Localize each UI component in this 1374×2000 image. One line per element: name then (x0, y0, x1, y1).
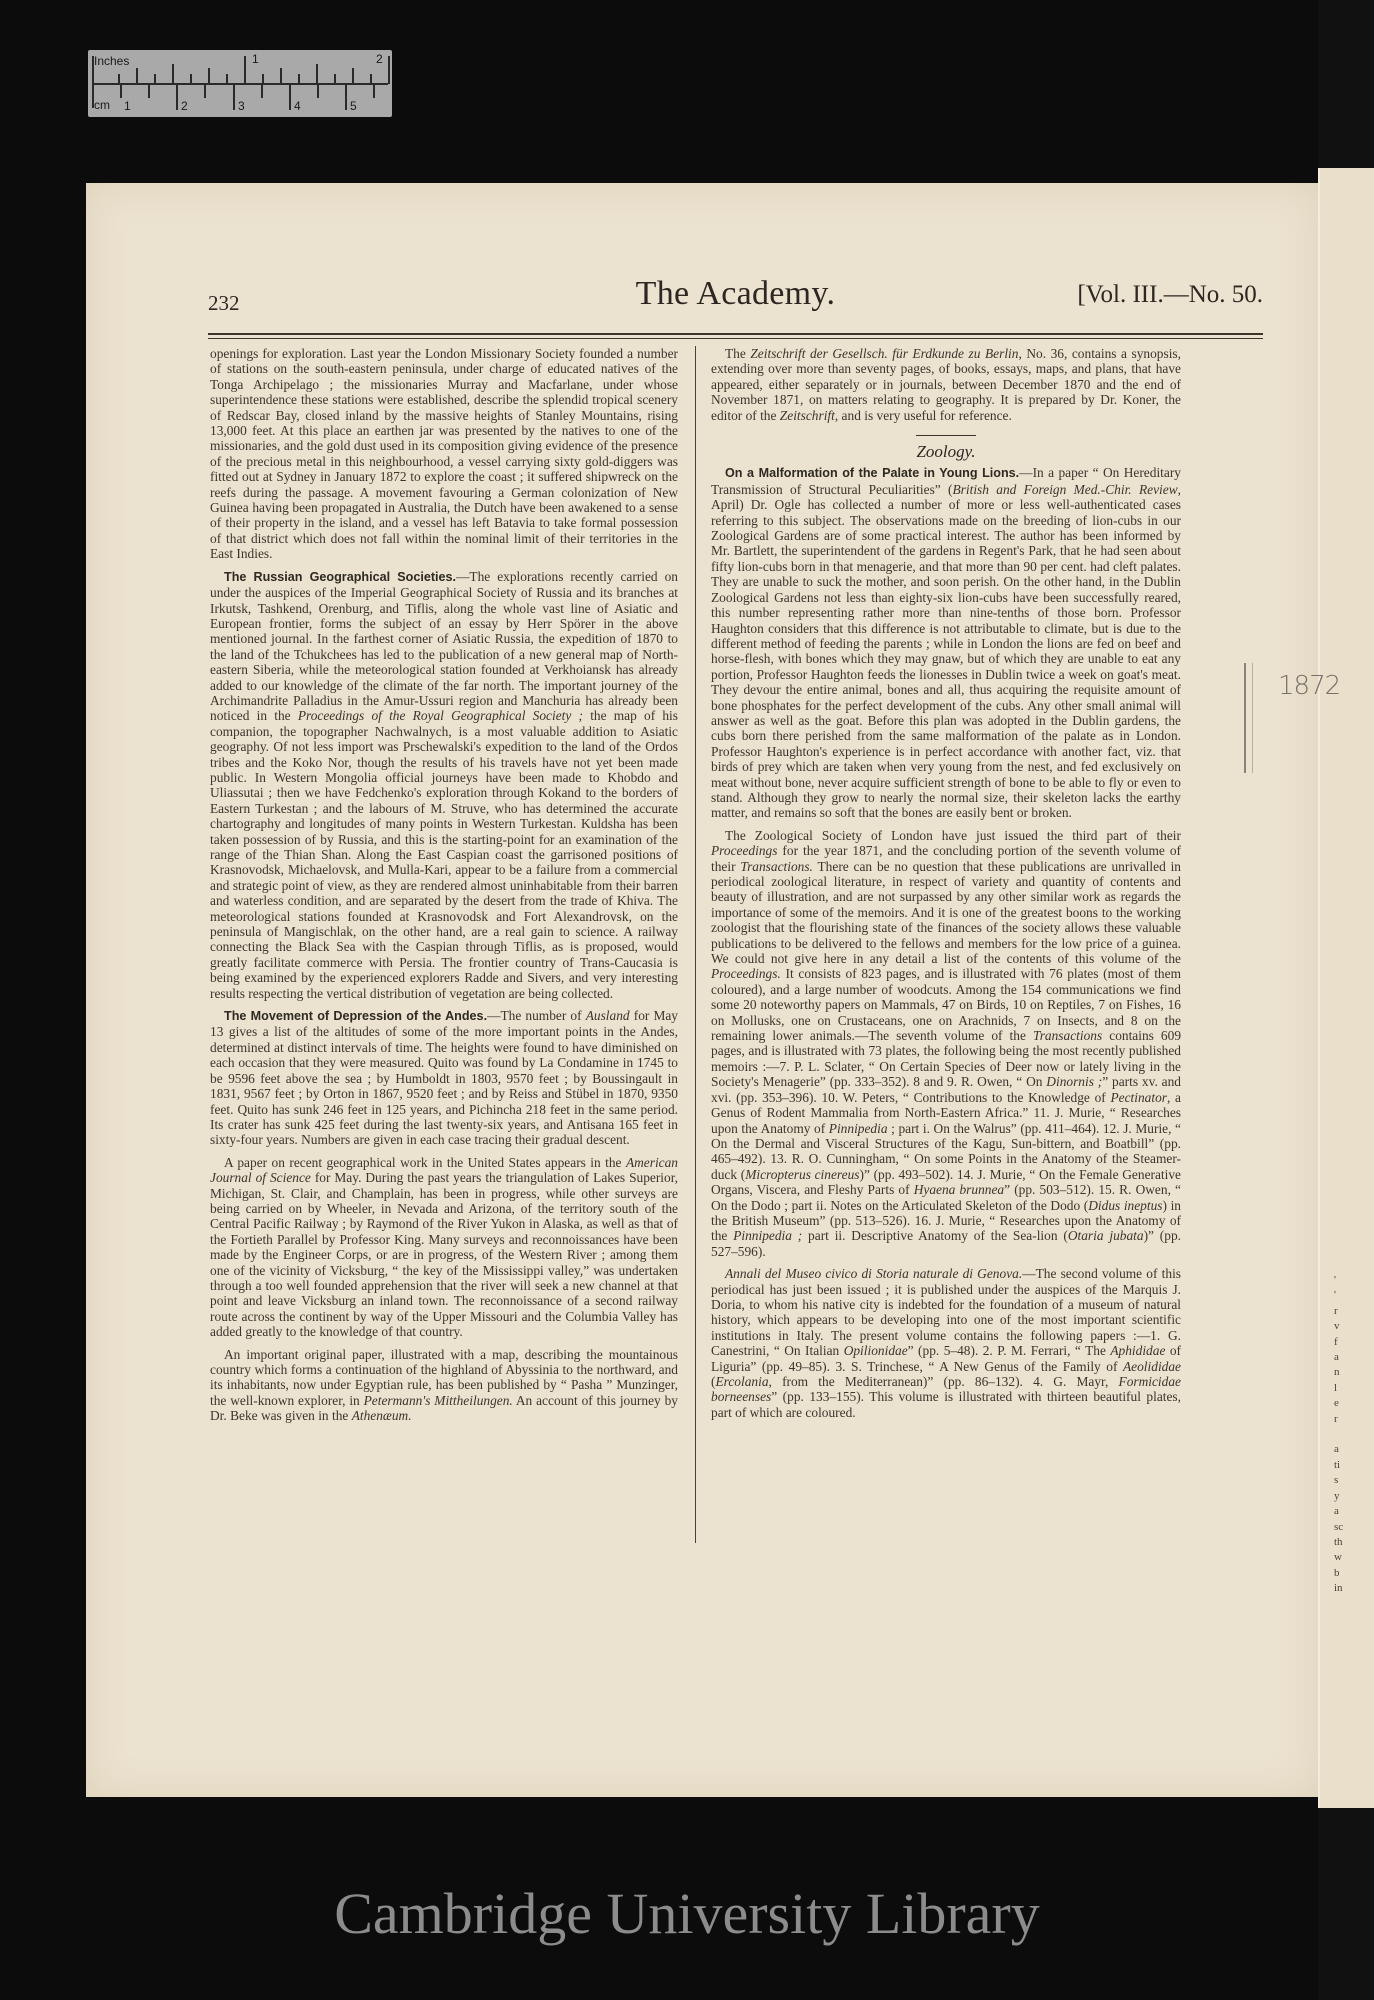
paragraph-lions: On a Malformation of the Palate in Young… (711, 465, 1181, 820)
header-rule (208, 338, 1263, 339)
section-heading: On a Malformation of the Palate in Young… (725, 466, 1019, 480)
section-heading: The Movement of Depression of the Andes. (224, 1009, 487, 1023)
ruler-cm-mark: 1 (124, 99, 131, 113)
page-header: 232 The Academy. [Vol. III.—No. 50. (208, 275, 1263, 325)
paragraph-zeitschrift: The Zeitschrift der Gesellsch. für Erdku… (711, 346, 1181, 423)
volume-label: [Vol. III.—No. 50. (1077, 281, 1263, 309)
paragraph-abyssinia: An important original paper, illustrated… (210, 1347, 678, 1424)
ruler-inches-label: Inches (94, 54, 129, 68)
section-heading: The Russian Geographical Societies. (224, 570, 456, 584)
adjacent-page-text-fragment: ' ' r v f a n l e r a ti s y a sc th w b… (1334, 1273, 1343, 1597)
paragraph-andes: The Movement of Depression of the Andes.… (210, 1008, 678, 1148)
ruler-inch-mark: 1 (252, 52, 259, 66)
ruler-cm-mark: 5 (350, 99, 357, 113)
paragraph: openings for exploration. Last year the … (210, 346, 678, 562)
paragraph-genova: Annali del Museo civico di Storia natura… (711, 1266, 1181, 1420)
ruler-inch-mark: 2 (376, 52, 383, 66)
scale-ruler: Inches cm 1 2 1 2 3 4 5 (88, 50, 392, 117)
paragraph-united-states: A paper on recent geographical work in t… (210, 1155, 678, 1340)
paragraph-russian-societies: The Russian Geographical Societies.—The … (210, 569, 678, 1001)
ruler-cm-mark: 2 (181, 99, 188, 113)
adjacent-page: ' ' r v f a n l e r a ti s y a sc th w b… (1318, 168, 1374, 1808)
right-column: The Zeitschrift der Gesellsch. für Erdku… (711, 346, 1181, 1427)
paragraph-zoological-society: The Zoological Society of London have ju… (711, 828, 1181, 1259)
header-rule (208, 333, 1263, 335)
ruler-cm-mark: 3 (238, 99, 245, 113)
pencil-margin-mark (1244, 663, 1253, 773)
library-watermark: Cambridge University Library (0, 1880, 1374, 1947)
section-divider (916, 435, 976, 436)
section-title-zoology: Zoology. (711, 444, 1181, 459)
left-column: openings for exploration. Last year the … (210, 346, 678, 1431)
ruler-cm-label: cm (94, 98, 110, 112)
ruler-cm-mark: 4 (294, 99, 301, 113)
column-divider (695, 346, 696, 1543)
handwritten-margin-note: 1872 (1278, 671, 1340, 701)
document-page: 232 The Academy. [Vol. III.—No. 50. open… (86, 183, 1318, 1797)
